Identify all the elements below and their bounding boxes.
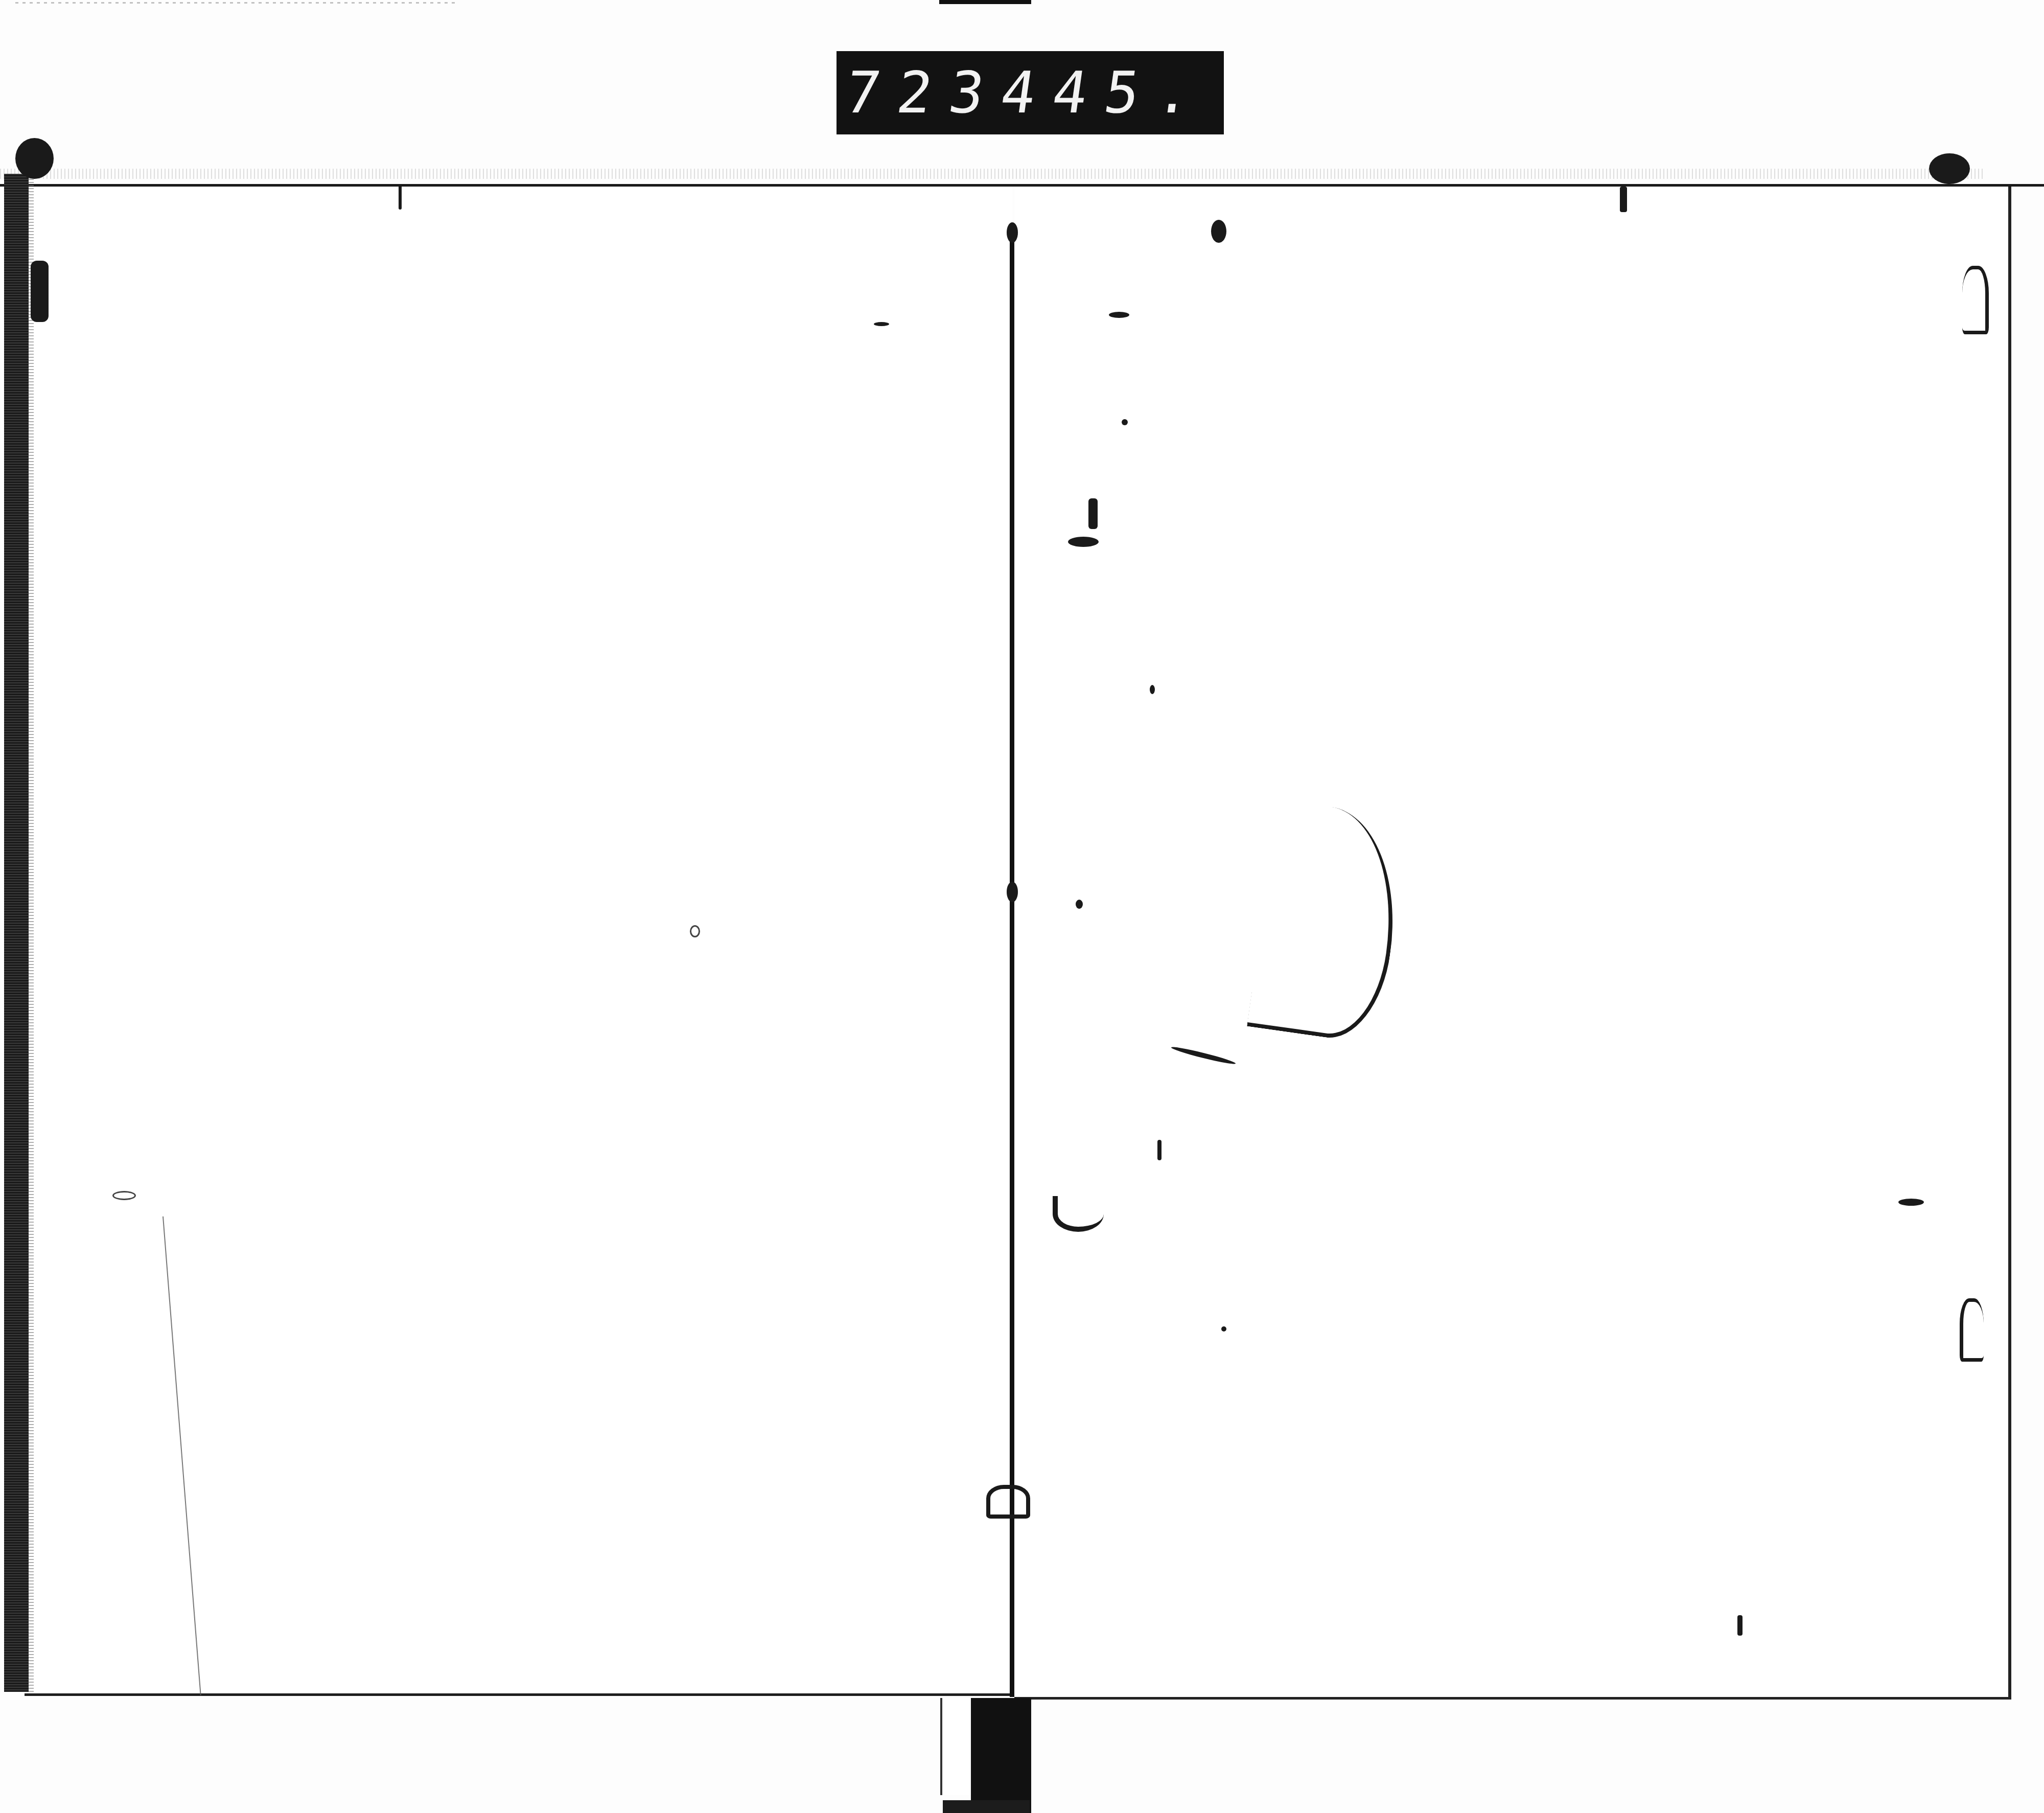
speck <box>1737 1615 1743 1636</box>
speck <box>1150 685 1155 694</box>
top-left-smudge <box>15 138 54 179</box>
bottom-binding-block <box>971 1698 1031 1813</box>
bottom-film-margin <box>940 1698 973 1795</box>
spine-top-knot <box>1007 222 1018 243</box>
reel-number: 723 <box>841 60 1006 126</box>
speck <box>690 925 700 937</box>
speck <box>1620 187 1627 212</box>
left-page <box>25 187 1012 1696</box>
microfilm-scan: 723 445. <box>0 0 2044 1813</box>
speck <box>1122 419 1128 425</box>
top-right-smudge <box>1929 153 1970 184</box>
center-spine-line <box>1010 225 1014 1697</box>
speck <box>874 322 889 326</box>
spine-middle-knot <box>1007 882 1018 902</box>
speck <box>1109 312 1129 318</box>
left-binding-strip <box>4 174 29 1692</box>
speck <box>1898 1199 1924 1206</box>
speck <box>1221 1326 1226 1332</box>
v-shaped-mark <box>1053 1196 1104 1232</box>
bottom-binding-foot <box>943 1800 1030 1813</box>
left-clip-mark <box>31 261 49 322</box>
speck <box>399 184 402 210</box>
right-page <box>1014 187 2011 1700</box>
speck <box>1068 537 1099 547</box>
top-noise-strip <box>15 2 455 4</box>
speck <box>1157 1140 1162 1160</box>
bottom-center-clip-mark <box>986 1485 1030 1519</box>
speck <box>112 1191 136 1200</box>
speck <box>1211 220 1226 243</box>
top-film-tab <box>939 0 1031 4</box>
frame-label: 723 445. <box>837 51 1224 134</box>
right-clip-mark-lower <box>1960 1298 1984 1362</box>
top-edge-shadow <box>0 169 1983 179</box>
left-binding-edge <box>29 174 34 1692</box>
speck <box>1088 498 1098 529</box>
frame-number: 445. <box>996 60 1213 126</box>
speck <box>1076 900 1083 909</box>
right-clip-mark-upper <box>1962 266 1989 334</box>
